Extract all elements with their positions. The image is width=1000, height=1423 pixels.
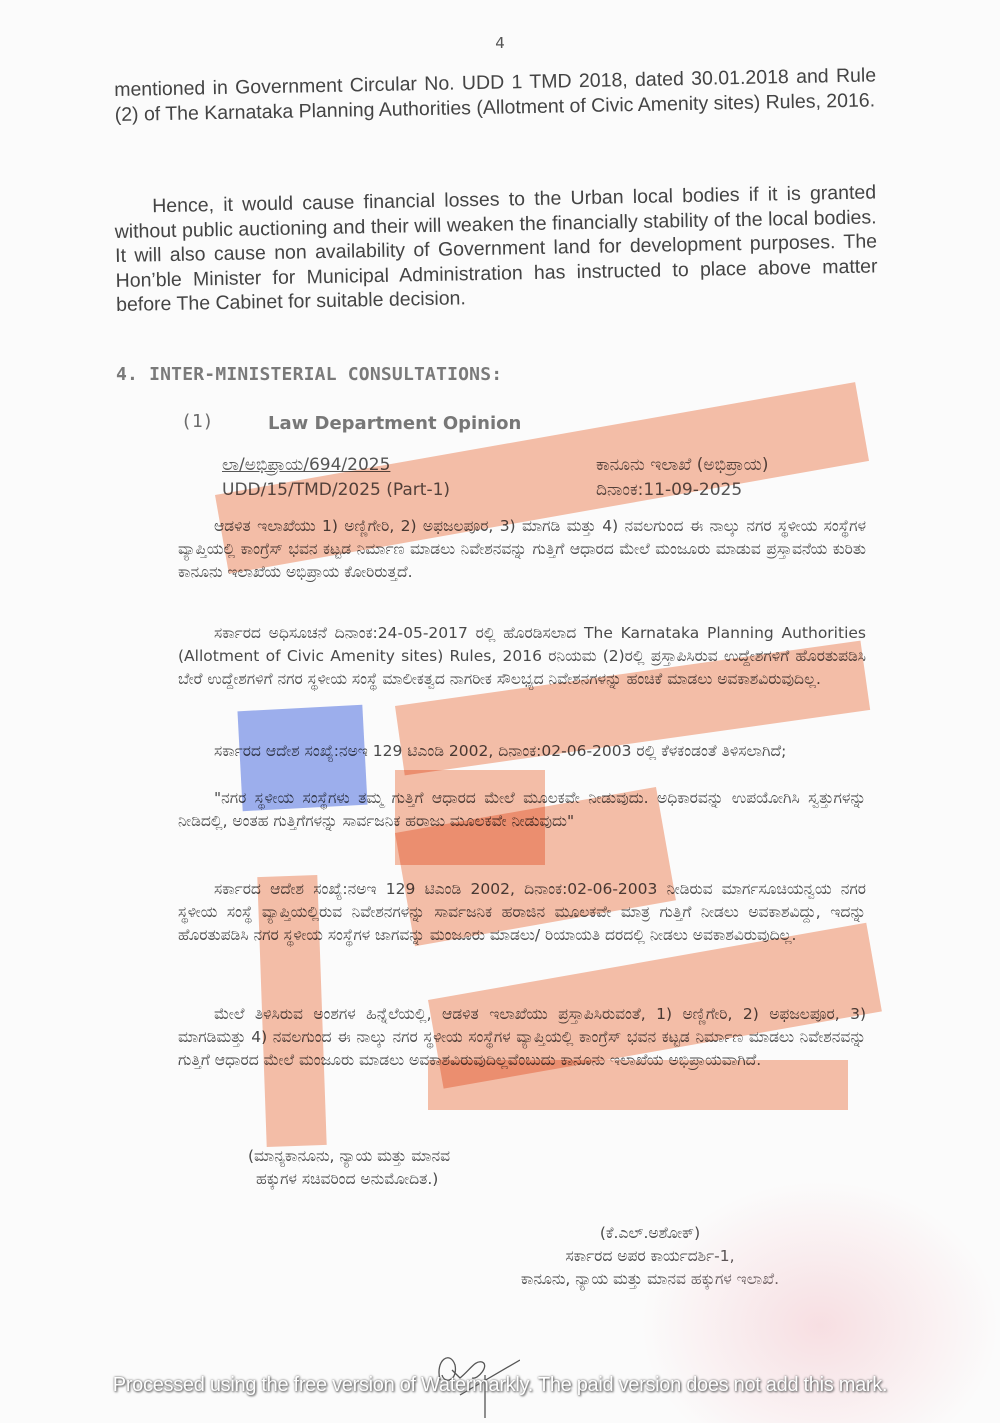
signature-block: (ಕೆ.ಎಲ್.ಅಶೋಕ್) ಸರ್ಕಾರದ ಅಪರ ಕಾರ್ಯದರ್ಶಿ-1,… bbox=[420, 1222, 880, 1291]
reference-left: ಲಾ/ಅಭಿಪ್ರಾಯ/694/2025 UDD/15/TMD/2025 (Pa… bbox=[222, 453, 450, 503]
subsection-number: (1) bbox=[181, 411, 214, 432]
subsection-title: Law Department Opinion bbox=[268, 413, 521, 434]
signatory-department: ಕಾನೂನು, ನ್ಯಾಯ ಮತ್ತು ಮಾನವ ಹಕ್ಕುಗಳ ಇಲಾಖೆ. bbox=[420, 1268, 880, 1291]
approval-line-2: ಹಕ್ಕುಗಳ ಸಚಿವರಿಂದ ಅನುಮೋದಿತ.) bbox=[248, 1168, 450, 1191]
approval-line-1: (ಮಾನ್ಯಕಾನೂನು, ನ್ಯಾಯ ಮತ್ತು ಮಾನವ bbox=[248, 1145, 450, 1168]
signatory-designation: ಸರ್ಕಾರದ ಅಪರ ಕಾರ್ಯದರ್ಶಿ-1, bbox=[420, 1245, 880, 1268]
hence-paragraph: Hence, it would cause financial losses t… bbox=[114, 180, 878, 317]
quoted-order-text: "ನಗರ ಸ್ಥಳೀಯ ಸಂಸ್ಥೆಗಳು ತಮ್ಮ ಗುತ್ತಿಗೆ ಆಧಾರ… bbox=[178, 789, 866, 830]
opinion-paragraph-4-text: ಸರ್ಕಾರದ ಆದೇಶ ಸಂಖ್ಯೆ:ನಅಇ 129 ಟಿಎಂಡಿ 2002,… bbox=[178, 880, 866, 944]
opinion-conclusion-text: ಮೇಲೆ ತಿಳಿಸಿರುವ ಅಂಶಗಳ ಹಿನ್ನೆಲೆಯಲ್ಲಿ, ಆಡಳಿ… bbox=[178, 1005, 866, 1069]
opinion-paragraph-1-text: ಆಡಳಿತ ಇಲಾಖೆಯು 1) ಅಣ್ಣಿಗೇರಿ, 2) ಅಫಜಲಪೂರ, … bbox=[178, 517, 866, 581]
opinion-paragraph-2: ಸರ್ಕಾರದ ಅಧಿಸೂಚನೆ ದಿನಾಂಕ:24-05-2017 ರಲ್ಲಿ… bbox=[178, 622, 866, 691]
section-heading: 4. INTER-MINISTERIAL CONSULTATIONS: bbox=[116, 364, 502, 385]
opinion-paragraph-3-text: ಸರ್ಕಾರದ ಆದೇಶ ಸಂಖ್ಯೆ:ನಅಇ 129 ಟಿಎಂಡಿ 2002,… bbox=[214, 742, 786, 760]
reference-right: ಕಾನೂನು ಇಲಾಖೆ (ಅಭಿಪ್ರಾಯ) ದಿನಾಂಕ:11-09-202… bbox=[596, 453, 768, 503]
hence-text: Hence, it would cause financial losses t… bbox=[114, 181, 877, 316]
page-number: 4 bbox=[0, 34, 1000, 52]
opinion-paragraph-4: ಸರ್ಕಾರದ ಆದೇಶ ಸಂಖ್ಯೆ:ನಅಇ 129 ಟಿಎಂಡಿ 2002,… bbox=[178, 878, 866, 947]
kannada-reference-number: ಲಾ/ಅಭಿಪ್ರಾಯ/694/2025 bbox=[222, 453, 450, 478]
department-label: ಕಾನೂನು ಇಲಾಖೆ (ಅಭಿಪ್ರಾಯ) bbox=[596, 453, 768, 478]
signatory-name: (ಕೆ.ಎಲ್.ಅಶೋಕ್) bbox=[420, 1222, 880, 1245]
opinion-paragraph-2-text: ಸರ್ಕಾರದ ಅಧಿಸೂಚನೆ ದಿನಾಂಕ:24-05-2017 ರಲ್ಲಿ… bbox=[178, 624, 866, 688]
document-page: 4 mentioned in Government Circular No. U… bbox=[0, 0, 1000, 1423]
opinion-paragraph-3: ಸರ್ಕಾರದ ಆದೇಶ ಸಂಖ್ಯೆ:ನಅಇ 129 ಟಿಎಂಡಿ 2002,… bbox=[178, 740, 866, 763]
watermark-text: Processed using the free version of Wate… bbox=[0, 1374, 1000, 1397]
opinion-conclusion: ಮೇಲೆ ತಿಳಿಸಿರುವ ಅಂಶಗಳ ಹಿನ್ನೆಲೆಯಲ್ಲಿ, ಆಡಳಿ… bbox=[178, 1003, 866, 1072]
opinion-date: ದಿನಾಂಕ:11-09-2025 bbox=[596, 478, 768, 503]
opinion-paragraph-1: ಆಡಳಿತ ಇಲಾಖೆಯು 1) ಅಣ್ಣಿಗೇರಿ, 2) ಅಫಜಲಪೂರ, … bbox=[178, 515, 866, 584]
file-number: UDD/15/TMD/2025 (Part-1) bbox=[222, 478, 450, 503]
minister-approval-note: (ಮಾನ್ಯಕಾನೂನು, ನ್ಯಾಯ ಮತ್ತು ಮಾನವ ಹಕ್ಕುಗಳ ಸ… bbox=[248, 1145, 450, 1191]
quoted-order: "ನಗರ ಸ್ಥಳೀಯ ಸಂಸ್ಥೆಗಳು ತಮ್ಮ ಗುತ್ತಿಗೆ ಆಧಾರ… bbox=[178, 787, 866, 833]
intro-continuation-paragraph: mentioned in Government Circular No. UDD… bbox=[114, 63, 877, 127]
